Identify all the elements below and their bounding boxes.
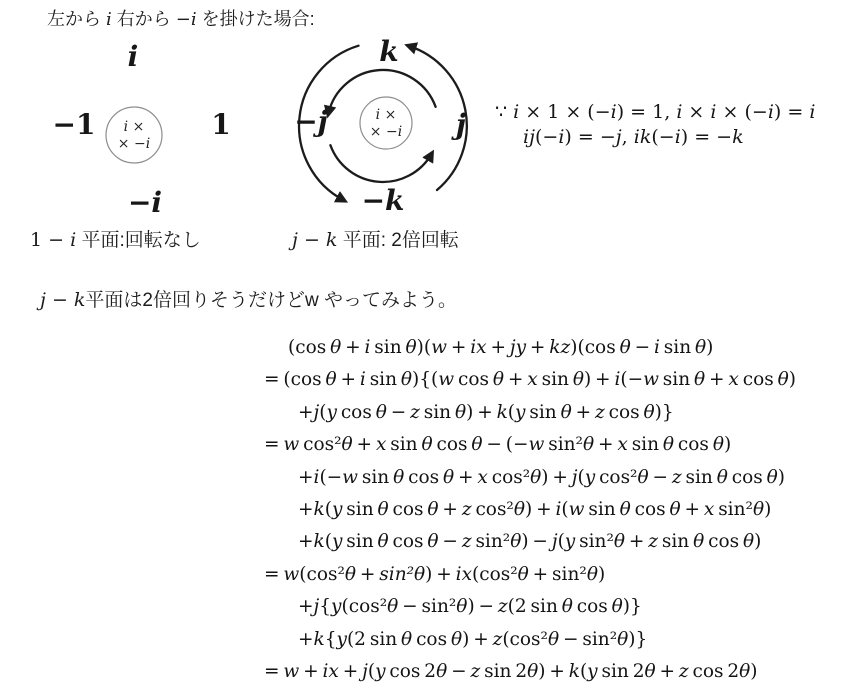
label-minus-j: −j (294, 108, 328, 136)
left-center-operation: i × × −i (103, 118, 165, 152)
equation-line: +k{y(2 sin θ cos θ) + z(cos²θ − sin²θ)} (298, 623, 796, 655)
label-i: i (128, 43, 139, 71)
identity-note-line1: ∵ i × 1 × (−i) = 1, i × i × (−i) = i (495, 101, 815, 124)
label-minus-i: −i (128, 189, 162, 217)
caption-jk-plane: j − k 平面: 2倍回転 (292, 225, 459, 252)
equation-line: = w(cos²θ + sin²θ) + ix(cos²θ + sin²θ) (264, 558, 796, 590)
identity-note-line2: ij(−i) = −j, ik(−i) = −k (523, 126, 744, 149)
heading-multiply-case: 左から i 右から −i を掛けた場合: (47, 5, 315, 31)
equation-line: +j{y(cos²θ − sin²θ) − z(2 sin θ cos θ)} (298, 590, 796, 622)
equation-line: (cos θ + i sin θ)(w + ix + jy + kz)(cos … (288, 331, 796, 363)
equation-line: +j(y cos θ − z sin θ) + k(y sin θ + z co… (298, 396, 796, 428)
right-center-line2: × −i (355, 123, 417, 140)
label-1: 1 (211, 111, 230, 139)
equation-block: (cos θ + i sin θ)(w + ix + jy + kz)(cos … (264, 331, 796, 685)
document-page: 左から i 右から −i を掛けた場合: i −1 1 −i i × × −i … (0, 0, 848, 685)
equation-line: = w + ix + j(y cos 2θ − z sin 2θ) + k(y … (264, 655, 796, 685)
right-center-line1: i × (355, 106, 417, 123)
label-minus-k: −k (362, 187, 405, 215)
rotation-arrow-inner-bottom (330, 145, 431, 182)
lead-sentence: j − k平面は2倍回りそうだけどw やってみよう。 (40, 285, 457, 312)
equation-line: +i(−w sin θ cos θ + x cos²θ) + j(y cos²θ… (298, 461, 796, 493)
caption-1i-plane: 1 − i 平面:回転なし (30, 225, 201, 252)
right-center-operation: i × × −i (355, 106, 417, 140)
equation-line: = (cos θ + i sin θ){(w cos θ + x sin θ) … (264, 363, 796, 395)
left-center-line1: i × (103, 118, 165, 135)
label-minus-1: −1 (53, 111, 96, 139)
equation-line: +k(y sin θ cos θ − z sin²θ) − j(y sin²θ … (298, 525, 796, 557)
label-k: k (379, 38, 398, 66)
equation-line: = w cos²θ + x sin θ cos θ − (−w sin²θ + … (264, 428, 796, 460)
left-center-line2: × −i (103, 135, 165, 152)
equation-line: +k(y sin θ cos θ + z cos²θ) + i(w sin θ … (298, 493, 796, 525)
label-j: j (456, 111, 466, 139)
